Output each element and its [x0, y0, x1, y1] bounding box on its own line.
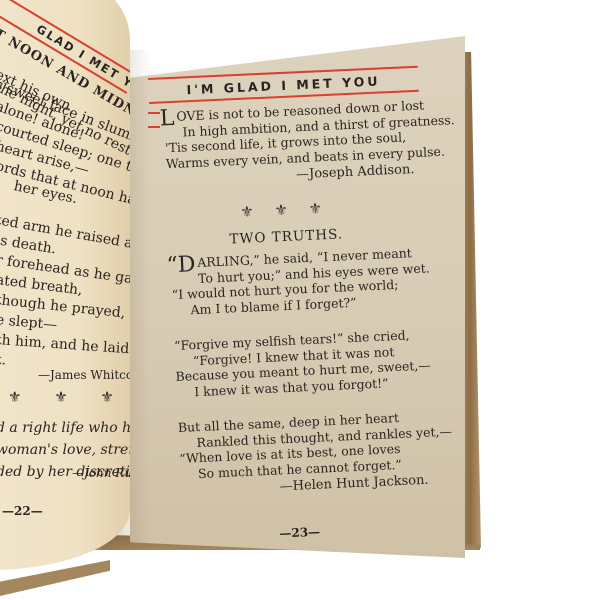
left-attribution: —James Whitcomb Ri: [38, 368, 130, 382]
left-page-content: GLAD I MET YO AT NOON AND MIDNIGHT the n…: [0, 0, 130, 560]
drop-cap: L: [160, 111, 175, 128]
left-attribution: —John Rus: [72, 466, 130, 480]
verse-line: t.: [0, 352, 6, 369]
quote-line: d a right life who had not: [0, 420, 130, 436]
poem-stanza-3: But all the same, deep in her heart Rank…: [178, 407, 467, 482]
verse-line: e slept—: [0, 312, 58, 333]
fleur-de-lis-ornament-icon: ⚜ ⚜ ⚜: [154, 195, 417, 225]
right-page-content: I'M GLAD I MET YOU L OVE is not to be re…: [148, 64, 469, 545]
drop-cap: “D: [166, 257, 196, 274]
quote-line: woman's love, strengthened: [0, 442, 130, 458]
epigraph: L OVE is not to be reasoned down or lost…: [163, 96, 452, 171]
verse-line: th him, and he laid his face: [0, 332, 130, 361]
left-page-number: —22—: [2, 504, 43, 518]
fleur-de-lis-ornament-icon: ⚜ ⚜ ⚜: [8, 388, 128, 406]
